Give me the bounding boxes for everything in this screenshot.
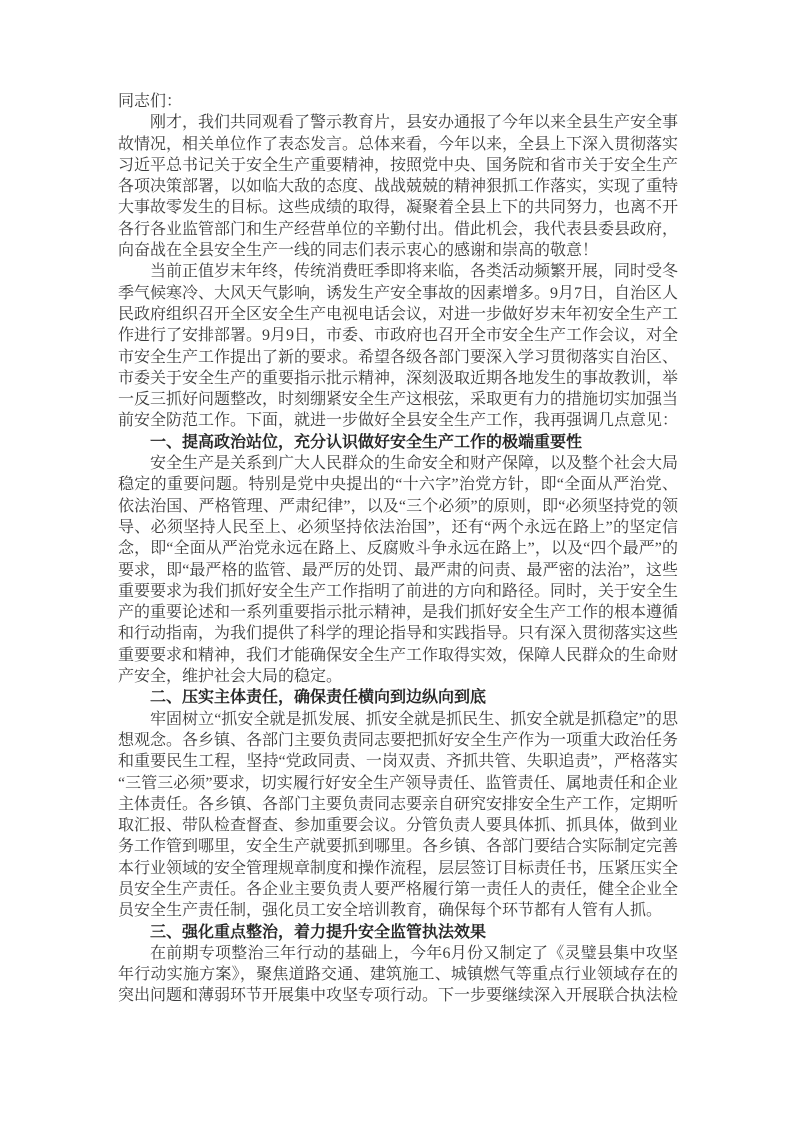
section-heading-1: 一、提高政治站位，充分认识做好安全生产工作的极端重要性 bbox=[118, 432, 678, 453]
document-content: 同志们： 刚才，我们共同观看了警示教育片，县安办通报了今年以来全县生产安全事故情… bbox=[118, 91, 678, 1007]
paragraph-opening: 刚才，我们共同观看了警示教育片，县安办通报了今年以来全县生产安全事故情况，相关单… bbox=[118, 112, 678, 261]
paragraph-current-situation: 当前正值岁末年终，传统消费旺季即将来临，各类活动频繁开展，同时受冬季气候寒冷、大… bbox=[118, 261, 678, 431]
section-heading-2: 二、压实主体责任，确保责任横向到边纵向到底 bbox=[118, 687, 678, 708]
section-heading-3: 三、强化重点整治，着力提升安全监管执法效果 bbox=[118, 922, 678, 943]
salutation: 同志们： bbox=[118, 91, 678, 112]
paragraph-section-3: 在前期专项整治三年行动的基础上，今年6月份又制定了《灵璧县集中攻坚年行动实施方案… bbox=[118, 943, 678, 1007]
paragraph-section-1: 安全生产是关系到广大人民群众的生命安全和财产保障，以及整个社会大局稳定的重要问题… bbox=[118, 453, 678, 687]
document-page: 同志们： 刚才，我们共同观看了警示教育片，县安办通报了今年以来全县生产安全事故情… bbox=[0, 0, 793, 1122]
paragraph-section-2: 牢固树立“抓安全就是抓发展、抓安全就是抓民生、抓安全就是抓稳定”的思想观念。各乡… bbox=[118, 709, 678, 922]
